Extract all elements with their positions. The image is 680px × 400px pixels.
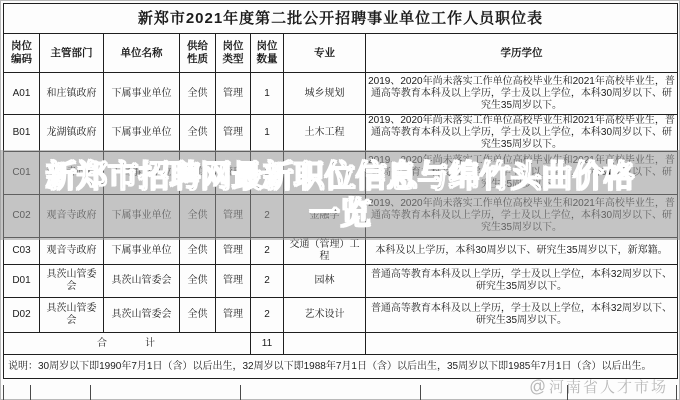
watermark: @ 河南省人才市场 (529, 376, 668, 397)
age-explanation-note: 说明：30周岁以下即1990年7月1日（含）以后出生，32周岁以下即1988年7… (4, 355, 678, 379)
cell-qualification: 普通高等教育本科及以上学历，学士及以上学位，本科32周岁以下、研究生35周岁以下… (366, 298, 678, 333)
scanned-job-table-page: 新郑市2021年度第二批公开招聘事业单位工作人员职位表 岗位编码 主管部门 单位… (0, 0, 680, 400)
cell-major: 交通（管理）工程 (284, 238, 366, 265)
cell-qualification: 2019、2020年尚未落实工作单位高校毕业生和2021年高校毕业生，普通高等教… (366, 73, 678, 115)
cell-type: 管理 (216, 298, 251, 333)
cell-type: 管理 (216, 265, 251, 298)
cell-dept: 和庄镇政府 (40, 73, 104, 115)
table-row: C03 观音寺政府 下属事业单位 全供 管理 2 交通（管理）工程 本科及以上学… (4, 238, 678, 265)
col-header-job-code: 岗位编码 (4, 34, 40, 73)
col-header-unit: 单位名称 (104, 34, 180, 73)
grid-line (676, 385, 677, 400)
table-header-row: 岗位编码 主管部门 单位名称 供给性质 岗位类型 岗位数量 专业 学历学位 (4, 34, 678, 73)
total-label: 合 计 (4, 333, 251, 355)
cell-supply: 全供 (180, 73, 216, 115)
grid-line (420, 385, 421, 400)
total-empty-qualification (366, 333, 678, 355)
cell-type: 管理 (216, 238, 251, 265)
cell-type: 管理 (216, 115, 251, 152)
cell-job-code: A01 (4, 73, 40, 115)
cell-unit: 下属事业单位 (104, 73, 180, 115)
total-row: 合 计 11 (4, 333, 678, 355)
cell-dept: 具茨山管委会 (40, 265, 104, 298)
cell-type: 管理 (216, 73, 251, 115)
watermark-text: 河南省人才市场 (549, 376, 668, 397)
cell-dept: 龙湖镇政府 (40, 115, 104, 152)
cell-major: 艺术设计 (284, 298, 366, 333)
note-row: 说明：30周岁以下即1990年7月1日（含）以后出生，32周岁以下即1988年7… (4, 355, 678, 379)
cell-qualification: 本科及以上学历，本科30周岁以下、研究生35周岁以下，新郑籍。 (366, 238, 678, 265)
cell-dept: 观音寺政府 (40, 238, 104, 265)
cell-job-code: D02 (4, 298, 40, 333)
cell-supply: 全供 (180, 265, 216, 298)
cell-qualification: 普通高等教育本科及以上学历，学士及以上学位，本科32周岁以下、研究生35周岁以下… (366, 265, 678, 298)
col-header-type: 岗位类型 (216, 34, 251, 73)
table-row: A01 和庄镇政府 下属事业单位 全供 管理 1 城乡规划 2019、2020年… (4, 73, 678, 115)
cell-supply: 全供 (180, 238, 216, 265)
grid-line (30, 385, 31, 400)
grid-line (3, 385, 4, 400)
cell-supply: 全供 (180, 298, 216, 333)
col-header-major: 专业 (284, 34, 366, 73)
col-header-dept: 主管部门 (40, 34, 104, 73)
headline-line-2: 一览 (309, 195, 371, 232)
col-header-supply: 供给性质 (180, 34, 216, 73)
cell-supply: 全供 (180, 115, 216, 152)
table-row: D02 具茨山管委会 具茨山管委会 全供 管理 2 艺术设计 普通高等教育本科及… (4, 298, 678, 333)
col-header-qualification: 学历学位 (366, 34, 678, 73)
table-title-row: 新郑市2021年度第二批公开招聘事业单位工作人员职位表 (4, 4, 678, 34)
total-empty-major (284, 333, 366, 355)
table-row: D01 具茨山管委会 具茨山管委会 全供 管理 2 园林 普通高等教育本科及以上… (4, 265, 678, 298)
cell-unit: 具茨山管委会 (104, 265, 180, 298)
cell-major: 土木工程 (284, 115, 366, 152)
cell-count: 1 (251, 73, 284, 115)
cell-major: 园林 (284, 265, 366, 298)
total-count: 11 (251, 333, 284, 355)
col-header-count: 岗位数量 (251, 34, 284, 73)
cell-unit: 具茨山管委会 (104, 298, 180, 333)
cell-dept: 具茨山管委会 (40, 298, 104, 333)
page-title: 新郑市2021年度第二批公开招聘事业单位工作人员职位表 (4, 4, 678, 34)
cell-job-code: B01 (4, 115, 40, 152)
cell-count: 2 (251, 238, 284, 265)
cell-unit: 下属事业单位 (104, 115, 180, 152)
cell-job-code: C03 (4, 238, 40, 265)
cell-major: 城乡规划 (284, 73, 366, 115)
headline-overlay: 新郑市招聘网最新职位信息与绵竹头曲价格 一览 (0, 150, 680, 240)
cell-count: 1 (251, 115, 284, 152)
grid-line (90, 385, 91, 400)
cell-count: 2 (251, 298, 284, 333)
grid-line (240, 385, 241, 400)
cell-qualification: 2019、2020年尚未落实工作单位高校毕业生和2021年高校毕业生，普通高等教… (366, 115, 678, 152)
cell-unit: 下属事业单位 (104, 238, 180, 265)
cell-count: 2 (251, 265, 284, 298)
spiral-at-icon: @ (527, 375, 548, 398)
table-row: B01 龙湖镇政府 下属事业单位 全供 管理 1 土木工程 2019、2020年… (4, 115, 678, 152)
cell-job-code: D01 (4, 265, 40, 298)
headline-line-1: 新郑市招聘网最新职位信息与绵竹头曲价格 (46, 158, 635, 195)
